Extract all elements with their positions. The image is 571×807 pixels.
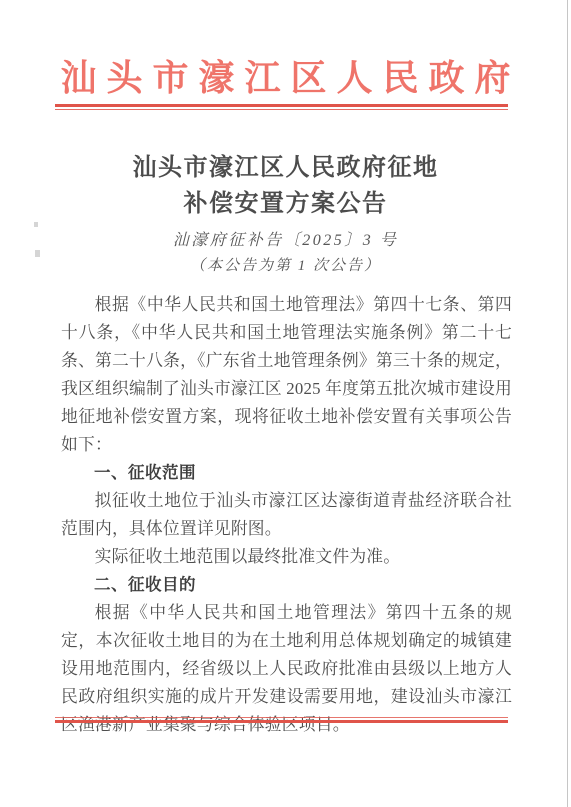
document-title: 汕头市濠江区人民政府征地补偿安置方案公告 <box>0 150 571 222</box>
document-body: 根据《中华人民共和国土地管理法》第四十七条、第四十八条，《中华人民共和国土地管理… <box>61 291 512 739</box>
header-rule-thick <box>55 104 508 107</box>
masthead-government-name: 汕头市濠江区人民政府 <box>0 50 571 101</box>
scan-edge-line <box>567 0 568 807</box>
paragraph-scope-final-approval: 实际征收土地范围以最终批准文件为准。 <box>61 543 512 571</box>
header-double-rule <box>55 104 508 110</box>
scan-artifact <box>34 222 38 227</box>
scan-artifact <box>35 250 40 257</box>
footer-rule-thick <box>55 720 508 723</box>
document-number: 汕濠府征补告〔2025〕3 号 <box>0 227 571 250</box>
section-heading-purpose: 二、征收目的 <box>61 571 512 599</box>
section-heading-scope: 一、征收范围 <box>61 459 512 487</box>
paragraph-legal-basis: 根据《中华人民共和国土地管理法》第四十七条、第四十八条，《中华人民共和国土地管理… <box>61 291 512 459</box>
document-page: 汕头市濠江区人民政府 汕头市濠江区人民政府征地补偿安置方案公告 汕濠府征补告〔2… <box>0 0 571 807</box>
paragraph-scope-location: 拟征收土地位于汕头市濠江区达濠街道青盐经济联合社范围内，具体位置详见附图。 <box>61 487 512 543</box>
title-line1: 汕头市濠江区人民政府征地 <box>133 155 439 181</box>
notice-count-line: （本公告为第 1 次公告） <box>0 254 571 275</box>
footer-rule-thin <box>55 717 508 718</box>
footer-double-rule <box>55 717 508 723</box>
header-rule-thin <box>55 109 508 110</box>
title-line2: 补偿安置方案公告 <box>184 191 388 217</box>
